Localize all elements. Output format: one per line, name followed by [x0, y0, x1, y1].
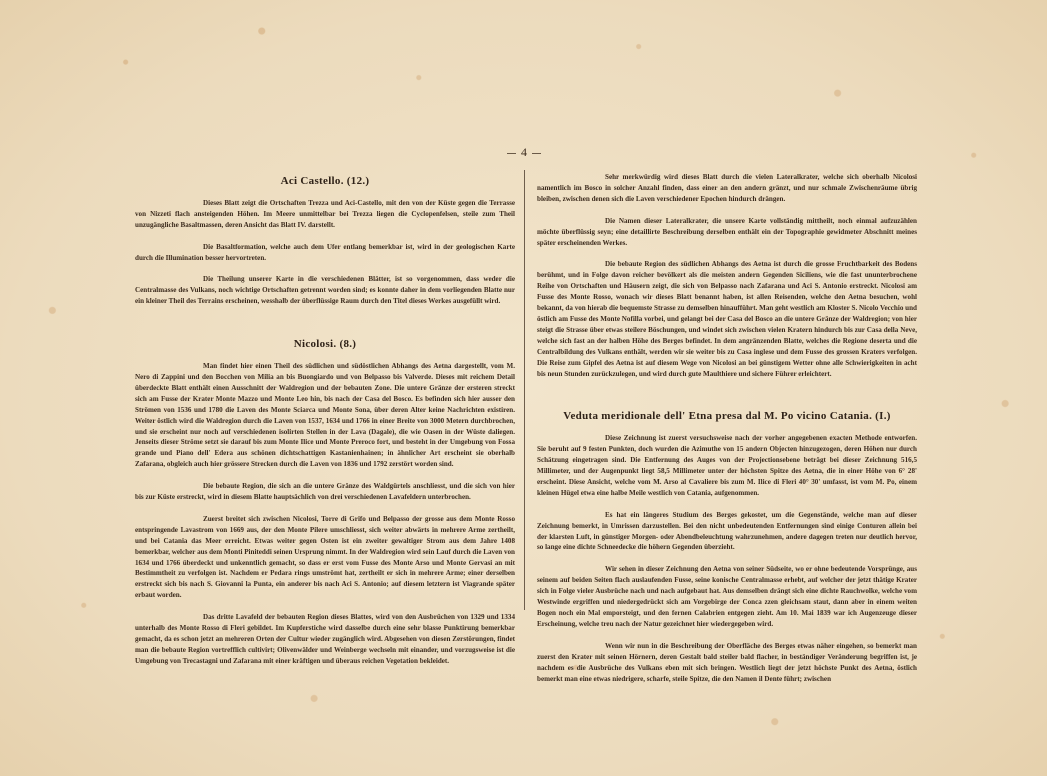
paragraph: Zuerst breitet sich zwischen Nicolosi, T… — [135, 514, 515, 601]
paragraph: Diese Zeichnung ist zuerst versuchsweise… — [537, 433, 917, 498]
paragraph: Die bebaute Region des südlichen Abhangs… — [537, 259, 917, 379]
paragraph: Die Basaltformation, welche auch dem Ufe… — [135, 242, 515, 264]
paragraph: Die Theilung unserer Karte in die versch… — [135, 274, 515, 307]
section-title-veduta-meridionale: Veduta meridionale dell' Etna presa dal … — [537, 411, 917, 422]
paragraph: Das dritte Lavafeld der bebauten Region … — [135, 612, 515, 667]
section-title-nicolosi: Nicolosi. (8.) — [135, 339, 515, 350]
left-column: Aci Castello. (12.) Dieses Blatt zeigt d… — [135, 160, 515, 667]
column-divider — [524, 170, 525, 610]
paragraph: Wenn wir nun in die Beschreibung der Obe… — [537, 641, 917, 685]
paragraph: Die Namen dieser Lateralkrater, die unse… — [537, 216, 917, 249]
paragraph: Man findet hier einen Theil des südliche… — [135, 361, 515, 470]
paragraph: Es hat ein längeres Studium des Berges g… — [537, 510, 917, 554]
paragraph: Dieses Blatt zeigt die Ortschaften Trezz… — [135, 198, 515, 231]
section-title-aci-castello: Aci Castello. (12.) — [135, 176, 515, 187]
paragraph: Sehr merkwürdig wird dieses Blatt durch … — [537, 172, 917, 205]
paragraph: Die bebaute Region, die sich an die unte… — [135, 481, 515, 503]
page-number: 4 — [502, 145, 546, 160]
right-column: Sehr merkwürdig wird dieses Blatt durch … — [537, 172, 917, 684]
paragraph: Wir sehen in dieser Zeichnung den Aetna … — [537, 564, 917, 629]
